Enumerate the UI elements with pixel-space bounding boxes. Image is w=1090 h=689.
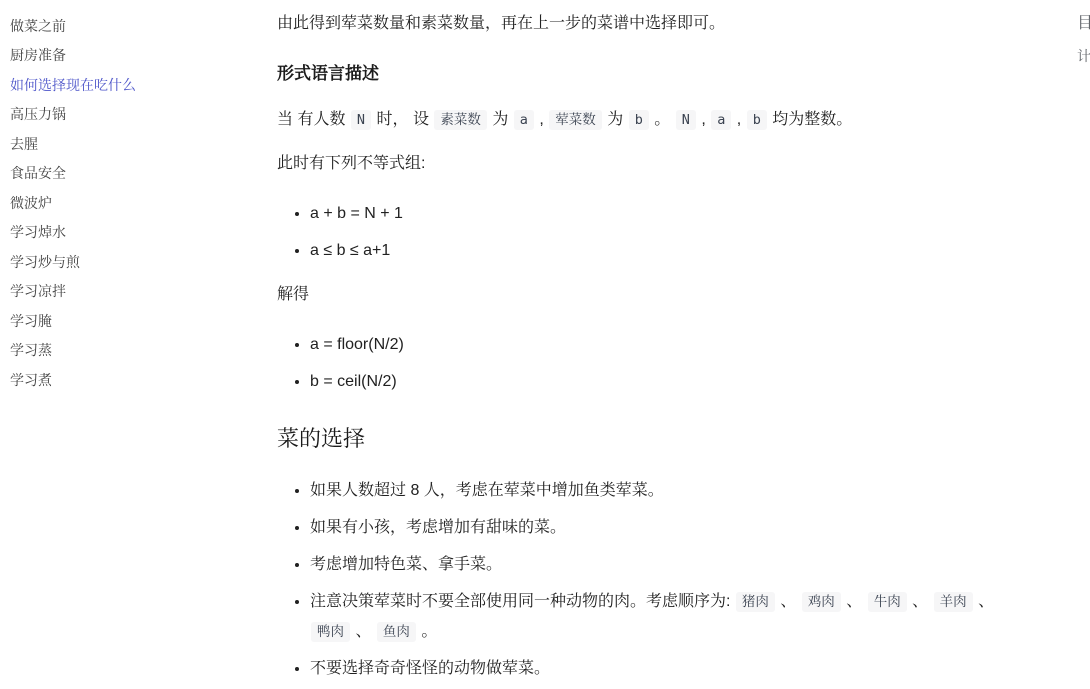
formal-definition-paragraph: 当 有人数 N 时， 设 素菜数 为 a , 荤菜数 为 b 。 N , a ,… [277,106,1022,134]
sidebar-item-label: 食品安全 [10,163,66,183]
inline-code-chip: 猪肉 [736,592,775,612]
sidebar-nav-list: 做菜之前 厨房准备 如何选择现在吃什么 高压力锅 去腥 [10,11,260,395]
inline-code-chip: 素菜数 [434,110,487,130]
inline-code-chip: 鸭肉 [311,622,350,642]
inline-code-chip: a [514,110,534,130]
sidebar-item-label: 做菜之前 [10,16,66,36]
sidebar-item[interactable]: 学习煮 [10,365,260,395]
sidebar-item[interactable]: 微波炉 [10,188,260,218]
solve-label: 解得 [277,283,1022,307]
tip-text: 如果有小孩，考虑增加有甜味的菜。 [310,519,566,536]
sidebar-item-label: 如何选择现在吃什么 [10,75,136,95]
formal-language-heading: 形式语言描述 [277,62,1022,86]
intro-paragraph: 由此得到荤菜数量和素菜数量，再在上一步的菜谱中选择即可。 [277,12,1022,36]
inequality-list: a + b = N + 1 a ≤ b ≤ a+1 [277,202,1022,263]
inline-code-chip: N [351,110,371,130]
sidebar-item-label: 厨房准备 [10,45,66,65]
dish-choice-heading: 菜的选择 [277,424,1022,454]
tip-item: 注意决策荤菜时不要全部使用同一种动物的肉。考虑顺序为: 猪肉 、 鸡肉 、 牛肉… [310,587,1022,647]
sidebar-item-label: 学习焯水 [10,222,66,242]
inequality-intro: 此时有下列不等式组: [277,152,1022,176]
sidebar-item[interactable]: 做菜之前 [10,11,260,41]
solution-item: b = ceil(N/2) [310,370,1022,394]
tip-text: 如果人数超过 8 人，考虑在荤菜中增加鱼类荤菜。 [310,482,664,499]
sidebar-item[interactable]: 食品安全 [10,159,260,189]
tips-list: 如果人数超过 8 人，考虑在荤菜中增加鱼类荤菜。 如果有小孩，考虑增加有甜味的菜… [277,476,1022,684]
sidebar-item[interactable]: 学习凉拌 [10,277,260,307]
sidebar-item[interactable]: 学习炒与煎 [10,247,260,277]
sidebar-item[interactable]: 学习腌 [10,306,260,336]
tip-item: 考虑增加特色菜、拿手菜。 [310,550,1022,580]
sidebar: 做菜之前 厨房准备 如何选择现在吃什么 高压力锅 去腥 [0,0,270,395]
toc-entry-clipped[interactable]: 计 [1077,48,1090,65]
sidebar-item-label: 高压力锅 [10,104,66,124]
toc-title-clipped[interactable]: 目 [1077,14,1090,33]
inline-code-chip: 鸡肉 [802,592,841,612]
sidebar-item-label: 学习煮 [10,370,52,390]
inline-code-chip: N [676,110,696,130]
page: 做菜之前 厨房准备 如何选择现在吃什么 高压力锅 去腥 [0,0,1090,689]
inline-code-chip: 羊肉 [934,592,973,612]
solution-list: a = floor(N/2) b = ceil(N/2) [277,333,1022,394]
sidebar-item[interactable]: 去腥 [10,129,260,159]
tip-text: 注意决策荤菜时不要全部使用同一种动物的肉。考虑顺序为: 猪肉 、 鸡肉 、 牛肉… [310,593,994,640]
sidebar-item[interactable]: 学习蒸 [10,336,260,366]
sidebar-item-label: 去腥 [10,134,38,154]
sidebar-item-label: 学习蒸 [10,340,52,360]
sidebar-item[interactable]: 厨房准备 [10,41,260,71]
tip-item: 如果有小孩，考虑增加有甜味的菜。 [310,513,1022,543]
main-content: 由此得到荤菜数量和素菜数量，再在上一步的菜谱中选择即可。 形式语言描述 当 有人… [277,0,1022,689]
sidebar-item[interactable]: 学习焯水 [10,218,260,248]
inline-code-chip: a [711,110,731,130]
tip-item: 如果人数超过 8 人，考虑在荤菜中增加鱼类荤菜。 [310,476,1022,506]
tip-text: 不要选择奇奇怪怪的动物做荤菜。 [310,660,550,677]
inequality-item: a + b = N + 1 [310,202,1022,226]
inequality-item: a ≤ b ≤ a+1 [310,239,1022,263]
tip-text: 考虑增加特色菜、拿手菜。 [310,556,502,573]
tip-item: 不要选择奇奇怪怪的动物做荤菜。 [310,654,1022,684]
sidebar-item-label: 学习炒与煎 [10,252,80,272]
sidebar-item-label: 学习凉拌 [10,281,66,301]
toc-clipped-panel: 目 计 [1077,14,1090,65]
sidebar-item[interactable]: 如何选择现在吃什么 [10,70,260,100]
inline-code-chip: b [747,110,767,130]
inline-code-chip: 牛肉 [868,592,907,612]
sidebar-item-label: 学习腌 [10,311,52,331]
solution-item: a = floor(N/2) [310,333,1022,357]
inline-code-chip: 荤菜数 [549,110,602,130]
inline-code-chip: 鱼肉 [377,622,416,642]
sidebar-item[interactable]: 高压力锅 [10,100,260,130]
inline-code-chip: b [629,110,649,130]
sidebar-item-label: 微波炉 [10,193,52,213]
